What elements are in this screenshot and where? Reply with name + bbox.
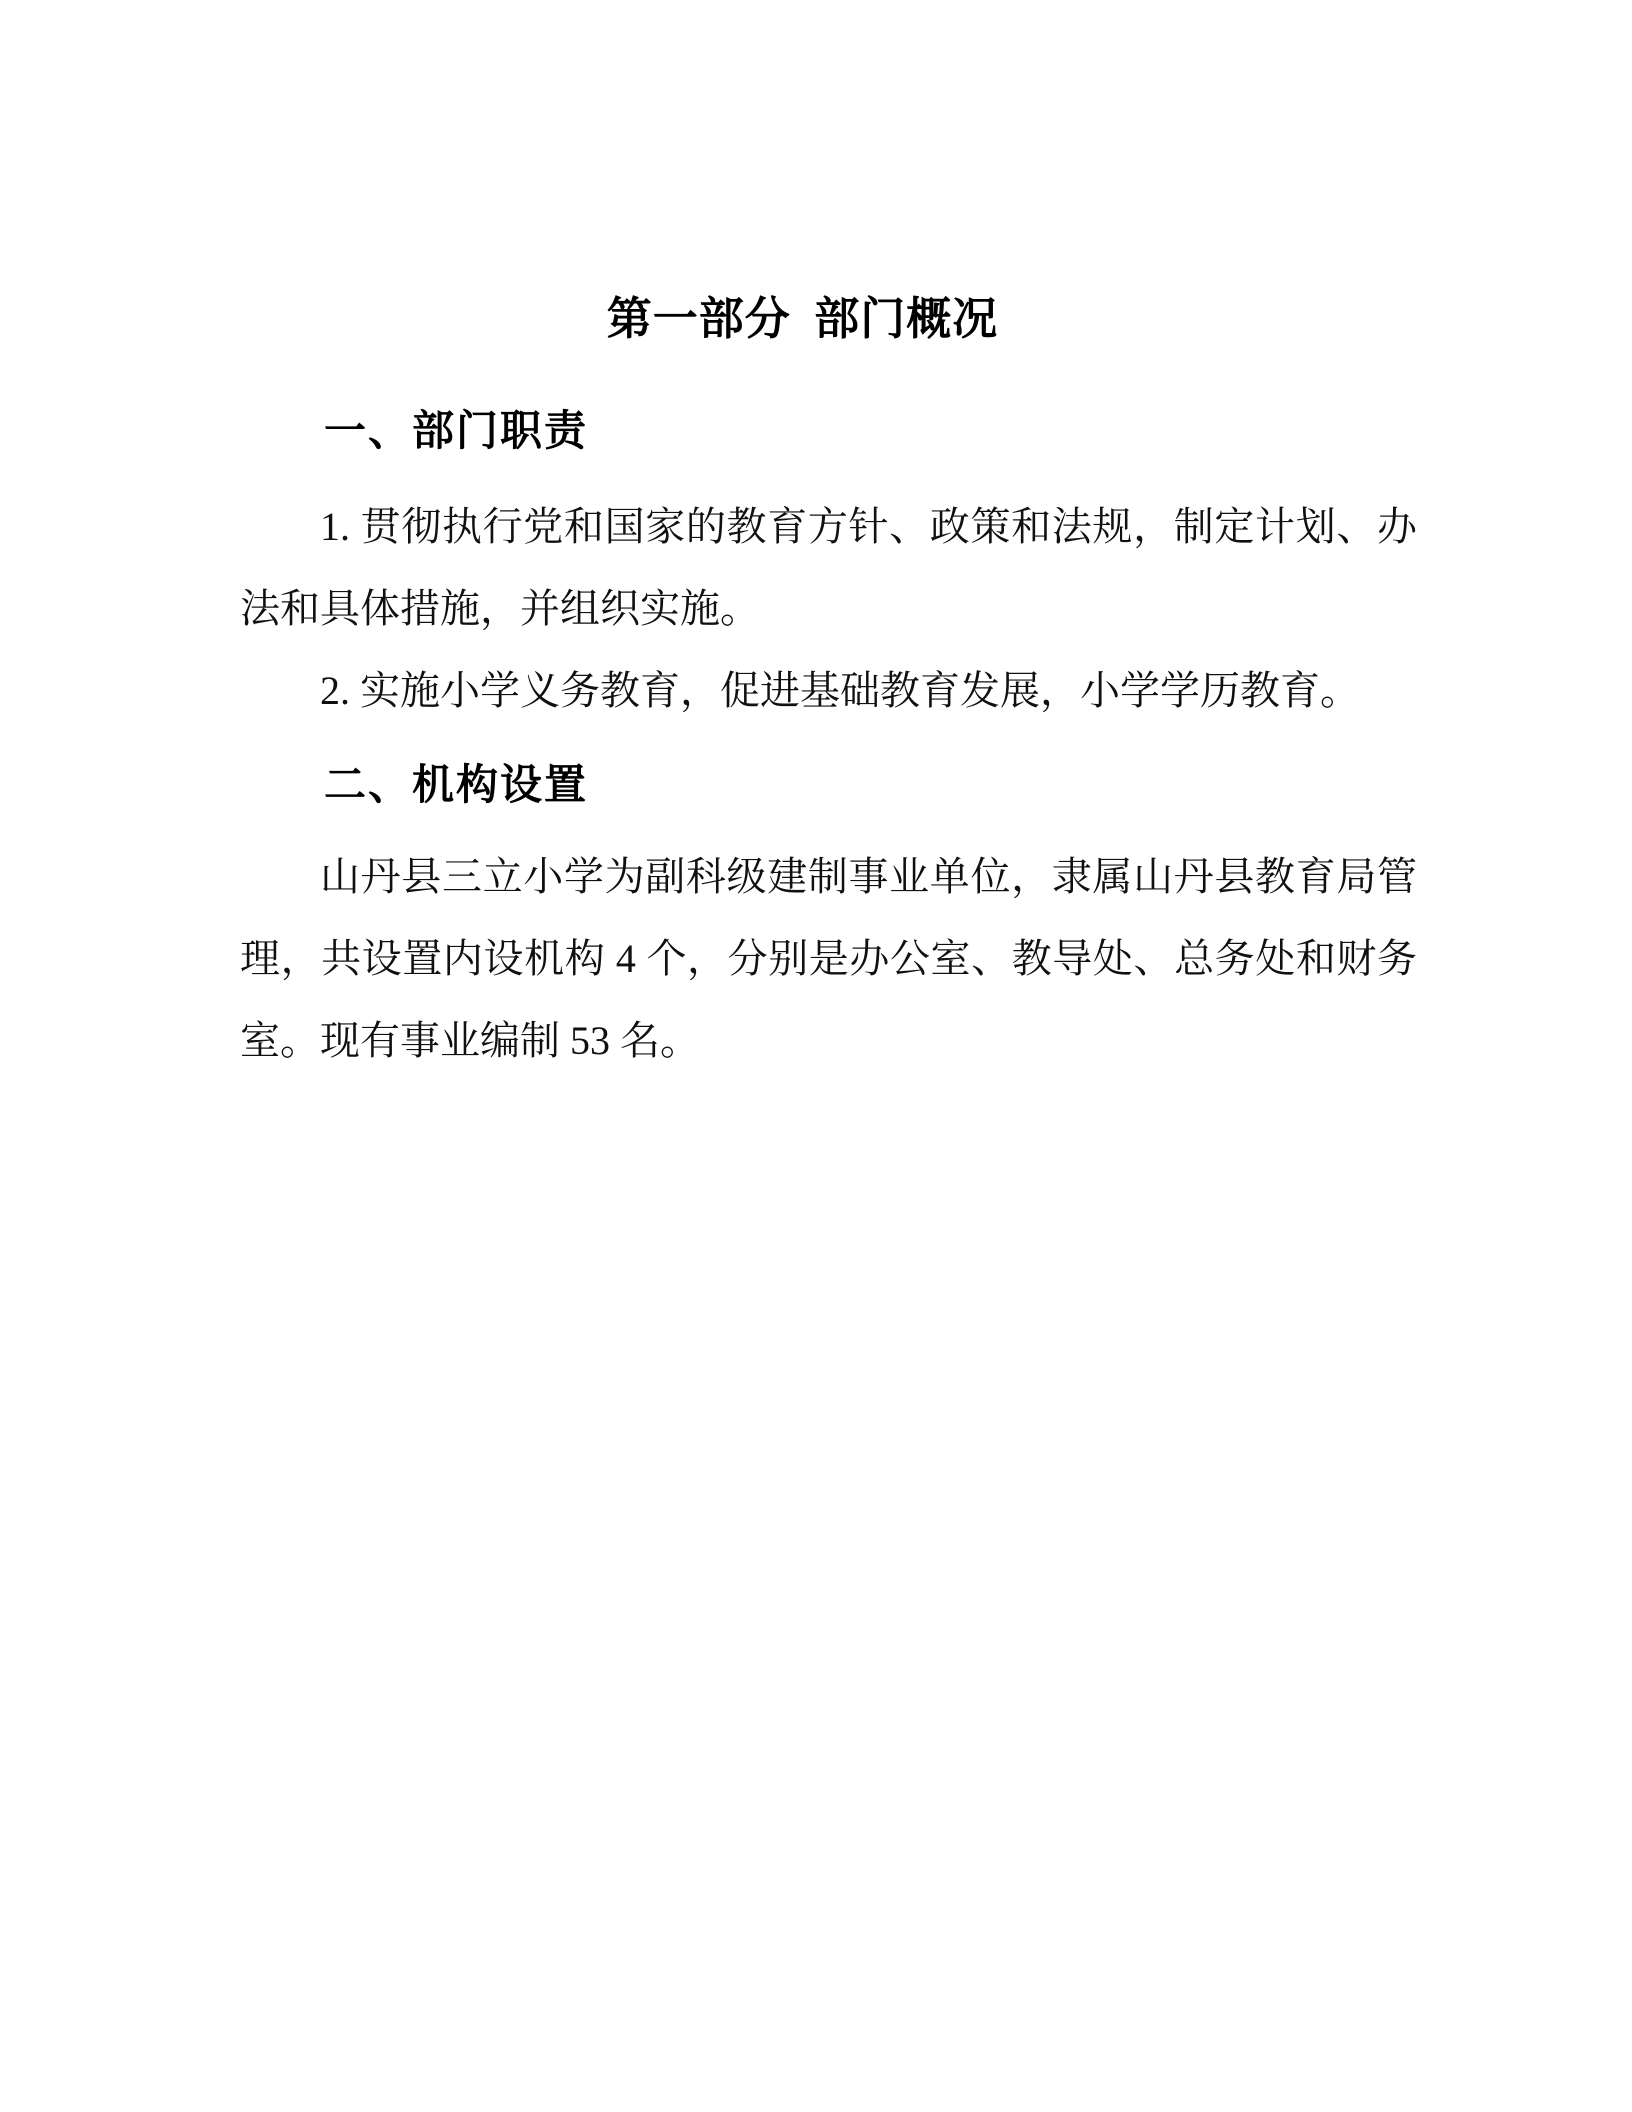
paragraph-duty-1: 1. 贯彻执行党和国家的教育方针、政策和法规，制定计划、办法和具体措施，并组织实… [240, 486, 1417, 650]
document-content: 第一部分 部门概况 一、部门职责 1. 贯彻执行党和国家的教育方针、政策和法规，… [0, 0, 1632, 1082]
document-page: 第一部分 部门概况 一、部门职责 1. 贯彻执行党和国家的教育方针、政策和法规，… [0, 0, 1632, 2112]
paragraph-organization: 山丹县三立小学为副科级建制事业单位，隶属山丹县教育局管理，共设置内设机构 4 个… [240, 836, 1417, 1082]
document-title: 第一部分 部门概况 [214, 286, 1391, 352]
paragraph-duty-2: 2. 实施小学义务教育，促进基础教育发展，小学学历教育。 [240, 650, 1417, 732]
section-heading-organization-setup: 二、机构设置 [240, 756, 1417, 814]
section-heading-department-duties: 一、部门职责 [240, 402, 1417, 460]
